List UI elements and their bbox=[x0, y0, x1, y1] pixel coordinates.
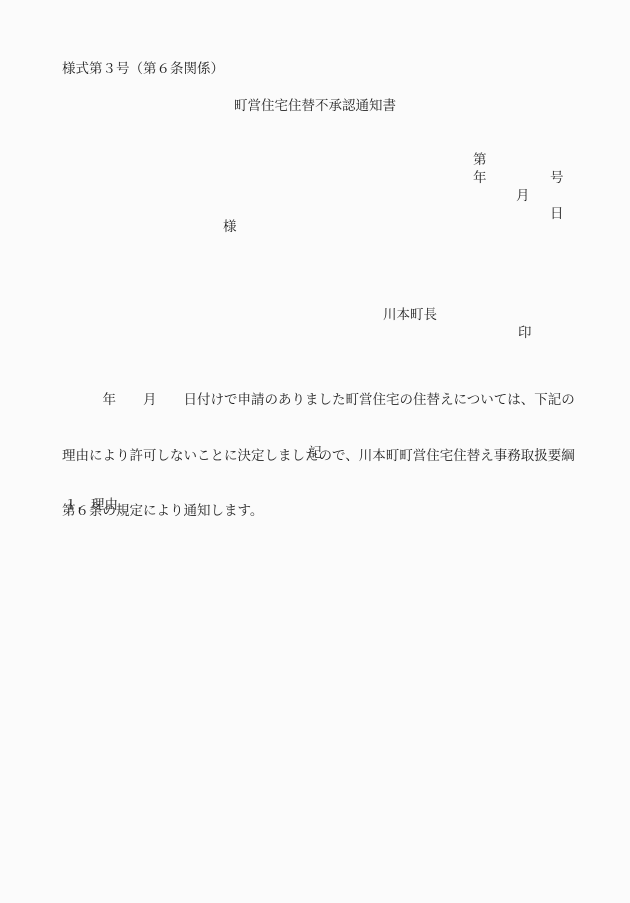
sender-name-label: 川本町長 bbox=[383, 306, 437, 324]
body-paragraph-line: 第６条の規定により通知します。 bbox=[62, 502, 574, 521]
date-day-label: 日 bbox=[550, 205, 564, 223]
date-line: 年 月 日 bbox=[0, 151, 630, 169]
document-number-line: 第 号 bbox=[0, 133, 630, 151]
body-paragraph-line: 年 月 日付けで申請のありました町営住宅の住替えについては、下記の bbox=[62, 391, 574, 410]
date-month-label: 月 bbox=[516, 187, 530, 205]
doc-number-suffix: 号 bbox=[550, 169, 564, 187]
document-title: 町営住宅住替不承認通知書 bbox=[0, 97, 630, 115]
section-marker-ki: 記 bbox=[0, 444, 630, 462]
date-year-label: 年 bbox=[473, 169, 487, 187]
seal-placeholder-label: 印 bbox=[518, 324, 532, 342]
form-number-label: 様式第３号（第６条関係） bbox=[62, 60, 224, 78]
document-page: 様式第３号（第６条関係） 町営住宅住替不承認通知書 第 号 年 月 日 様 川本… bbox=[0, 0, 630, 903]
sender-line: 川本町長 印 bbox=[0, 288, 630, 306]
addressee-suffix-label: 様 bbox=[223, 218, 237, 236]
item-1-reason-label: １．理由 bbox=[64, 496, 118, 514]
